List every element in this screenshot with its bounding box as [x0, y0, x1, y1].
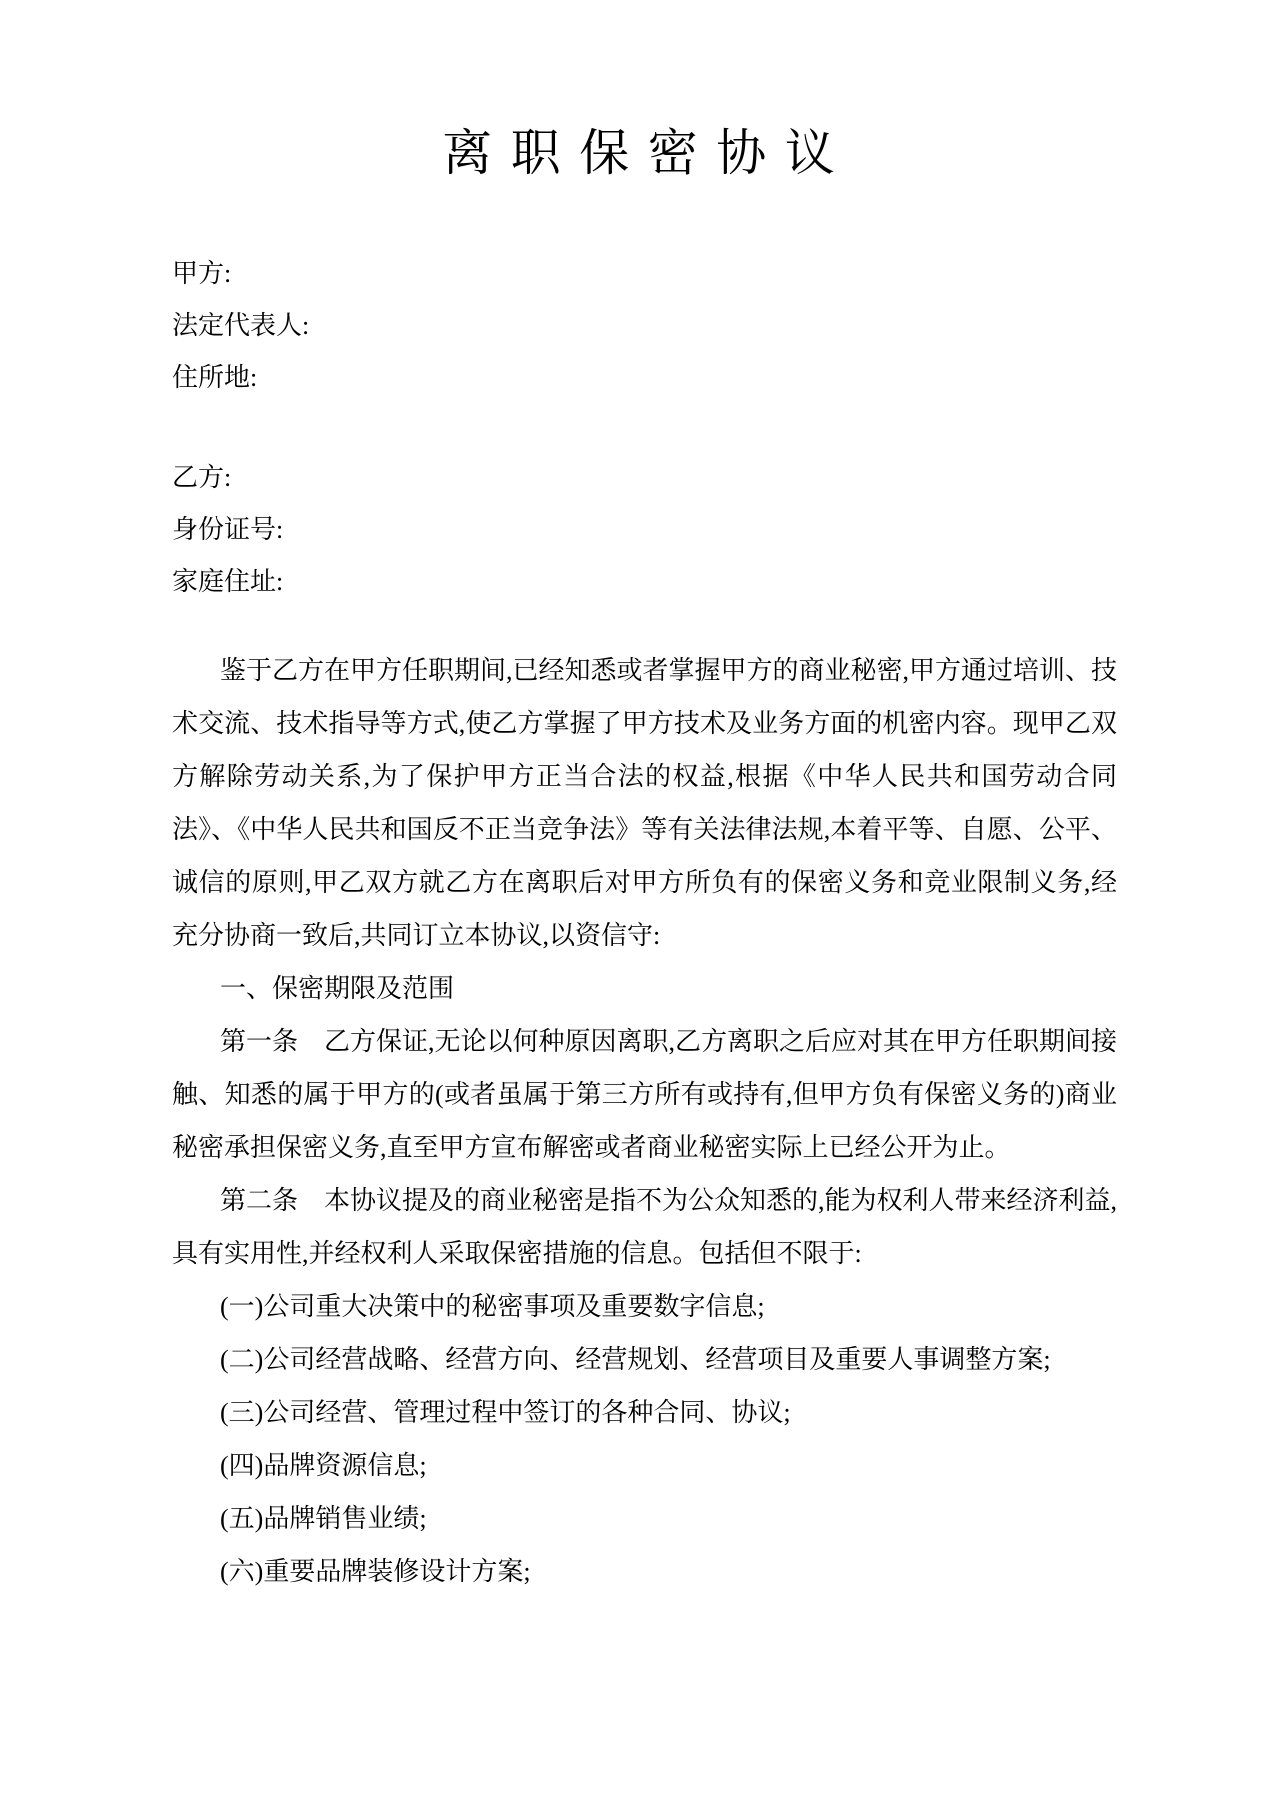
party-b-name-label: 乙方: — [172, 452, 1117, 504]
list-item-6: (六)重要品牌装修设计方案; — [172, 1545, 1117, 1598]
party-a-block: 甲方: 法定代表人: 住所地: — [172, 248, 1117, 404]
document-page: 离 职 保 密 协 议 甲方: 法定代表人: 住所地: 乙方: 身份证号: 家庭… — [0, 0, 1280, 1810]
secret-items-list: (一)公司重大决策中的秘密事项及重要数字信息; (二)公司经营战略、经营方向、经… — [172, 1280, 1117, 1598]
section1-clause2: 第二条 本协议提及的商业秘密是指不为公众知悉的,能为权利人带来经济利益,具有实用… — [172, 1174, 1117, 1280]
party-b-block: 乙方: 身份证号: 家庭住址: — [172, 452, 1117, 608]
list-item-5: (五)品牌销售业绩; — [172, 1492, 1117, 1545]
list-item-3: (三)公司经营、管理过程中签订的各种合同、协议; — [172, 1386, 1117, 1439]
section1-heading: 一、保密期限及范围 — [172, 962, 1117, 1015]
intro-block: 鉴于乙方在甲方任职期间,已经知悉或者掌握甲方的商业秘密,甲方通过培训、技术交流、… — [172, 644, 1117, 962]
document-body: 甲方: 法定代表人: 住所地: 乙方: 身份证号: 家庭住址: 鉴于乙方在甲方任… — [172, 248, 1117, 1598]
party-b-id-number-label: 身份证号: — [172, 504, 1117, 556]
section1-clause1: 第一条 乙方保证,无论以何种原因离职,乙方离职之后应对其在甲方任职期间接触、知悉… — [172, 1015, 1117, 1174]
intro-paragraph: 鉴于乙方在甲方任职期间,已经知悉或者掌握甲方的商业秘密,甲方通过培训、技术交流、… — [172, 644, 1117, 962]
list-item-4: (四)品牌资源信息; — [172, 1439, 1117, 1492]
list-item-1: (一)公司重大决策中的秘密事项及重要数字信息; — [172, 1280, 1117, 1333]
list-item-2: (二)公司经营战略、经营方向、经营规划、经营项目及重要人事调整方案; — [172, 1333, 1117, 1386]
document-title: 离 职 保 密 协 议 — [0, 0, 1280, 203]
party-a-address-label: 住所地: — [172, 352, 1117, 404]
party-a-name-label: 甲方: — [172, 248, 1117, 300]
party-a-legal-rep-label: 法定代表人: — [172, 300, 1117, 352]
party-b-home-address-label: 家庭住址: — [172, 556, 1117, 608]
